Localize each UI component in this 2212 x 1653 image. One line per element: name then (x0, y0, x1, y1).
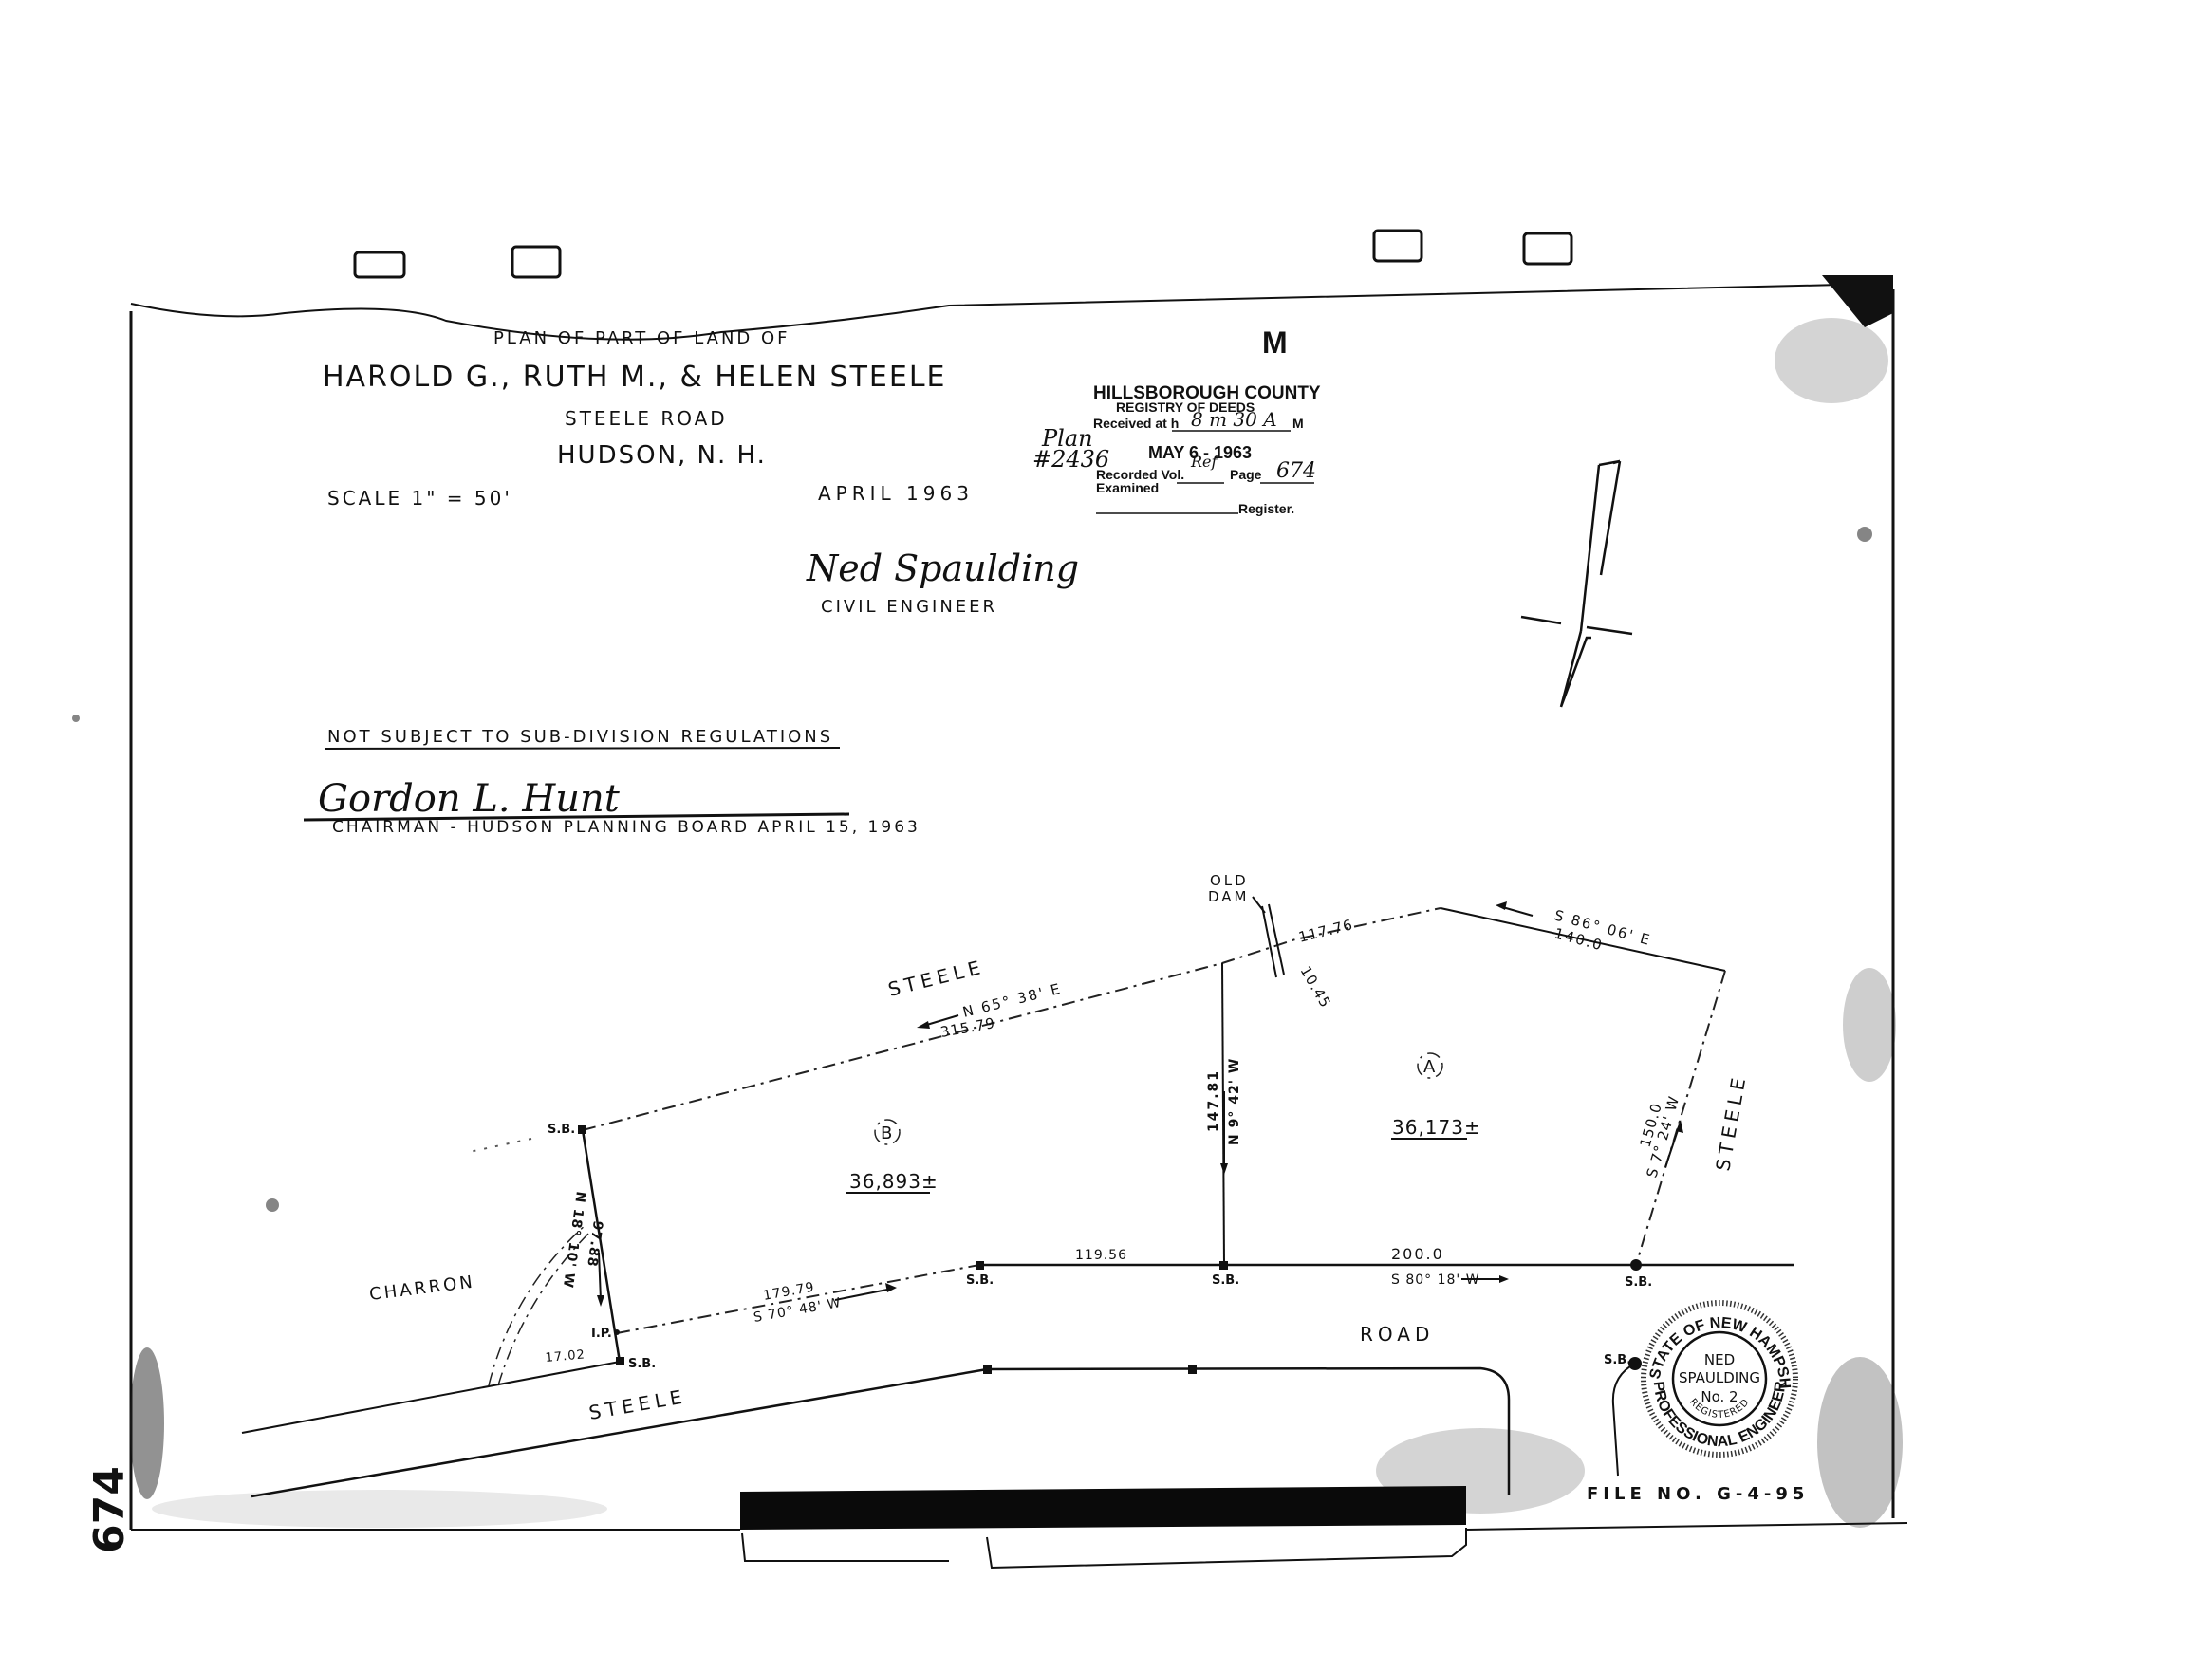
abutter-charron: CHARRON (368, 1272, 476, 1305)
lot-a-id: A (1423, 1057, 1436, 1077)
bearing-west-line: N 18° 10' W (560, 1190, 588, 1289)
received-label: Received at h (1093, 416, 1179, 431)
sb-label-5: S.B. (1625, 1275, 1652, 1290)
received-suffix: M (1292, 416, 1304, 431)
sb-label-2: S.B. (628, 1357, 656, 1371)
page-label: Page (1230, 467, 1262, 482)
bearing-divider-line: N 9° 42' W (1227, 1058, 1242, 1145)
sb-label-1: S.B. (548, 1123, 575, 1137)
old-dam-label-2: DAM (1208, 888, 1250, 905)
ip-label: I.P. (591, 1327, 612, 1341)
sheet-border (131, 231, 1907, 1530)
lot-b-area: 36,893± (849, 1170, 939, 1193)
street-label-steele-north: STEELE (885, 955, 987, 1000)
street-label-steele-east: STEELE (1711, 1071, 1751, 1173)
owners-title: HAROLD G., RUTH M., & HELEN STEELE (323, 361, 947, 394)
boundary-lines (242, 897, 1794, 1496)
examined-label: Examined (1096, 480, 1159, 495)
plan-date: APRIL 1963 (818, 482, 974, 505)
sb-label-6: S.B. (1604, 1353, 1631, 1367)
title-block: PLAN OF PART OF LAND OF HAROLD G., RUTH … (323, 328, 1079, 617)
scale-label: SCALE 1" = 50' (327, 487, 512, 510)
seal-name-1: NED (1704, 1351, 1735, 1368)
seal-name-2: SPAULDING (1679, 1369, 1760, 1386)
page-number: 674 (85, 1466, 134, 1553)
road-subtitle: STEELE ROAD (565, 407, 728, 430)
old-dam-label-1: OLD (1210, 872, 1249, 889)
seal-number: No. 2 (1701, 1388, 1738, 1405)
recorded-vol: Ref (1190, 453, 1220, 471)
bearing-north-line: N 65° 38' E (961, 980, 1064, 1021)
distance-south-line: 200.0 (1391, 1245, 1444, 1263)
recorded-page: 674 (1276, 459, 1316, 483)
street-label-steele-south: STEELE (587, 1384, 689, 1424)
file-number: FILE NO. G-4-95 (1587, 1484, 1809, 1504)
registry-stamp: M HILLSBOROUGH COUNTY REGISTRY OF DEEDS … (1032, 325, 1321, 516)
distance-south-mid: 119.56 (1075, 1248, 1127, 1263)
chairman-line: CHAIRMAN - HUDSON PLANNING BOARD APRIL 1… (332, 818, 920, 837)
distance-west-line: 97.88 (584, 1219, 605, 1268)
approval-block: NOT SUBJECT TO SUB-DIVISION REGULATIONS … (304, 727, 920, 837)
register-label: Register. (1238, 501, 1294, 516)
engineer-title: CIVIL ENGINEER (821, 597, 997, 617)
lot-a-area: 36,173± (1392, 1116, 1481, 1139)
survey-plan-sheet: PLAN OF PART OF LAND OF HAROLD G., RUTH … (0, 0, 2212, 1653)
bearing-south-line: S 80° 18' W (1391, 1272, 1480, 1288)
sb-label-4: S.B. (1212, 1273, 1239, 1288)
plan-heading: PLAN OF PART OF LAND OF (493, 328, 790, 348)
subdivision-notice: NOT SUBJECT TO SUB-DIVISION REGULATIONS (327, 727, 833, 747)
map-labels: OLD DAM STEELE STEELE STEELE ROAD CHARRO… (368, 872, 1751, 1424)
lot-b-id: B (881, 1124, 892, 1143)
north-arrow-icon (1521, 461, 1632, 707)
chairman-signature: Gordon L. Hunt (318, 777, 621, 821)
distance-dam: 10.45 (1297, 963, 1335, 1012)
distance-divider-line: 147.81 (1206, 1069, 1221, 1132)
distance-road-jog: 17.02 (545, 1347, 586, 1365)
town-subtitle: HUDSON, N. H. (557, 441, 767, 470)
sb-label-3: S.B. (966, 1273, 994, 1288)
received-time: 8 m 30 A (1191, 408, 1277, 431)
engineer-signature: Ned Spaulding (806, 548, 1079, 589)
distance-dam-west: 117.76 (1297, 916, 1355, 946)
engineer-seal: THE STATE OF NEW HAMPSHIRE PROFESSIONAL … (0, 0, 1795, 1455)
street-label-road: ROAD (1360, 1323, 1434, 1346)
redaction-bar (740, 1486, 1466, 1530)
registry-mark: M (1262, 325, 1288, 360)
plan-note-2: #2436 (1032, 446, 1109, 473)
